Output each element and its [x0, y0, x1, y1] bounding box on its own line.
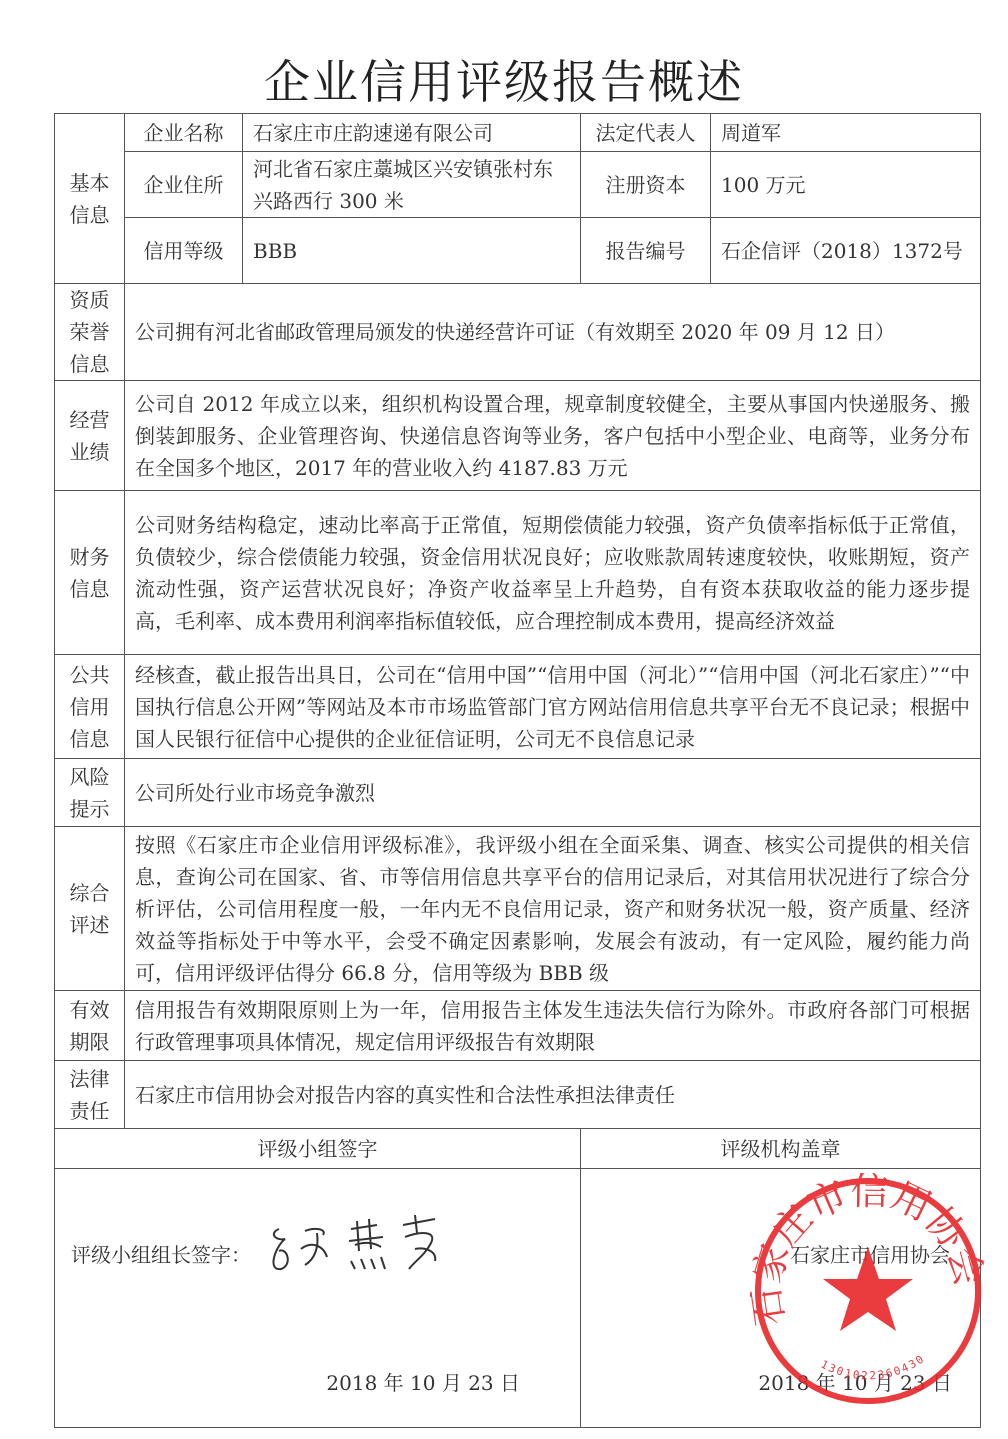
handwritten-signature-icon: [265, 1211, 465, 1281]
section-text: 经核查，截止报告出具日，公司在“信用中国”“信用中国（河北）”“信用中国（河北石…: [125, 655, 981, 759]
row-signatures: 评级小组组长签字： 2018 年 10 月 23 日 石家庄市信用协会 2018…: [55, 1169, 981, 1428]
section-label: 法律责任: [55, 1061, 125, 1129]
row-qualifications: 资质荣誉信息 公司拥有河北省邮政管理局颁发的快递经营许可证（有效期至 2020 …: [55, 284, 981, 381]
company-name-value: 石家庄市庄韵速递有限公司: [243, 114, 581, 152]
section-label: 有效期限: [55, 991, 125, 1061]
section-label: 经营业绩: [55, 381, 125, 491]
row-signature-headers: 评级小组签字 评级机构盖章: [55, 1129, 981, 1169]
signature-header-right: 评级机构盖章: [581, 1129, 981, 1169]
field-label: 企业名称: [125, 114, 243, 152]
document-title: 企业信用评级报告概述: [0, 46, 1008, 112]
row-credit-rating: 信用等级 BBB 报告编号 石企信评（2018）1372号: [55, 218, 981, 284]
registered-capital-value: 100 万元: [711, 152, 981, 218]
row-validity: 有效期限 信用报告有效期限原则上为一年，信用报告主体发生违法失信行为除外。市政府…: [55, 991, 981, 1061]
row-performance: 经营业绩 公司自 2012 年成立以来，组织机构设置合理，规章制度较健全，主要从…: [55, 381, 981, 491]
report-number-value: 石企信评（2018）1372号: [711, 218, 981, 284]
section-text: 公司所处行业市场竞争激烈: [125, 759, 981, 827]
section-label-text: 风险提示: [68, 761, 112, 825]
section-label: 资质荣誉信息: [55, 284, 125, 381]
row-public-credit: 公共信用信息 经核查，截止报告出具日，公司在“信用中国”“信用中国（河北）”“信…: [55, 655, 981, 759]
section-text: 公司财务结构稳定，速动比率高于正常值，短期偿债能力较强，资产负债率指标低于正常值…: [125, 491, 981, 655]
leader-signature-date: 2018 年 10 月 23 日: [326, 1367, 520, 1399]
org-seal-cell: 石家庄市信用协会 2018 年 10 月 23 日 石家庄市信用协会 13010…: [581, 1169, 981, 1428]
section-label: 综合评述: [55, 827, 125, 991]
credit-rating-value: BBB: [243, 218, 581, 284]
section-label: 财务信息: [55, 491, 125, 655]
row-legal: 法律责任 石家庄市信用协会对报告内容的真实性和合法性承担法律责任: [55, 1061, 981, 1129]
field-label: 信用等级: [125, 218, 243, 284]
row-summary: 综合评述 按照《石家庄市企业信用评级标准》，我评级小组在全面采集、调查、核实公司…: [55, 827, 981, 991]
field-label: 报告编号: [581, 218, 711, 284]
section-label: 公共信用信息: [55, 655, 125, 759]
legal-rep-value: 周道军: [711, 114, 981, 152]
row-address: 企业住所 河北省石家庄藁城区兴安镇张村东兴路西行 300 米 注册资本 100 …: [55, 152, 981, 218]
section-label-text: 经营业绩: [68, 404, 112, 468]
section-text: 公司自 2012 年成立以来，组织机构设置合理，规章制度较健全，主要从事国内快递…: [125, 381, 981, 491]
section-text: 信用报告有效期限原则上为一年，信用报告主体发生违法失信行为除外。市政府各部门可根…: [125, 991, 981, 1061]
address-value: 河北省石家庄藁城区兴安镇张村东兴路西行 300 米: [243, 152, 581, 218]
field-label: 注册资本: [581, 152, 711, 218]
field-label: 企业住所: [125, 152, 243, 218]
section-label: 风险提示: [55, 759, 125, 827]
section-label-text: 财务信息: [68, 541, 112, 605]
section-label-text: 法律责任: [68, 1063, 112, 1127]
section-label-text: 基本信息: [68, 167, 112, 231]
section-label-text: 资质荣誉信息: [68, 284, 112, 380]
section-text: 石家庄市信用协会对报告内容的真实性和合法性承担法律责任: [125, 1061, 981, 1129]
field-label: 法定代表人: [581, 114, 711, 152]
row-financial: 财务信息 公司财务结构稳定，速动比率高于正常值，短期偿债能力较强，资产负债率指标…: [55, 491, 981, 655]
row-company-name: 基本信息 企业名称 石家庄市庄韵速递有限公司 法定代表人 周道军: [55, 114, 981, 152]
section-text: 按照《石家庄市企业信用评级标准》，我评级小组在全面采集、调查、核实公司提供的相关…: [125, 827, 981, 991]
section-label-basic-info: 基本信息: [55, 114, 125, 284]
leader-signature-label: 评级小组组长签字：: [71, 1239, 251, 1271]
section-text: 公司拥有河北省邮政管理局颁发的快递经营许可证（有效期至 2020 年 09 月 …: [125, 284, 981, 381]
section-label-text: 有效期限: [68, 994, 112, 1058]
row-risk: 风险提示 公司所处行业市场竞争激烈: [55, 759, 981, 827]
leader-signature-cell: 评级小组组长签字： 2018 年 10 月 23 日: [55, 1169, 581, 1428]
signature-header-left: 评级小组签字: [55, 1129, 581, 1169]
svg-text:1301022360430: 1301022360430: [819, 1352, 928, 1383]
report-table: 基本信息 企业名称 石家庄市庄韵速递有限公司 法定代表人 周道军 企业住所 河北…: [54, 113, 981, 1428]
section-label-text: 综合评述: [68, 877, 112, 941]
official-seal-icon: 石家庄市信用协会 1301022360430: [750, 1173, 986, 1409]
section-label-text: 公共信用信息: [68, 659, 112, 755]
